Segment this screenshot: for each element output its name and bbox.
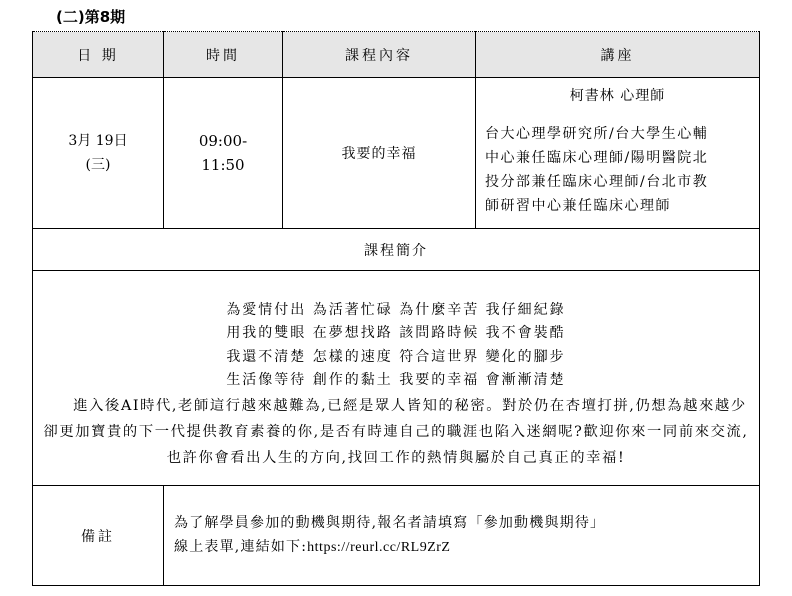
intro-body: 為愛情付出 為活著忙碌 為什麼辛苦 我仔細紀錄 用我的雙眼 在夢想找路 該問路時… [33,271,760,486]
course-table: 日 期 時間 課程內容 講座 3月 19日 (三) 09:00- 11:50 我… [32,31,760,586]
lecturer-name: 柯書林 心理師 [476,84,759,108]
intro-poem: 為愛情付出 為活著忙碌 為什麼辛苦 我仔細紀錄 用我的雙眼 在夢想找路 該問路時… [33,299,759,393]
note-link-prefix: 線上表單,連結如下: [174,539,307,555]
section-title: (二)第8期 [56,6,125,27]
course-title: 我要的幸福 [283,78,476,229]
intro-heading: 課程簡介 [33,229,760,271]
intro-body-row: 為愛情付出 為活著忙碌 為什麼辛苦 我仔細紀錄 用我的雙眼 在夢想找路 該問路時… [33,271,760,486]
intro-paragraph: 進入後AI時代,老師這行越來越難為,已經是眾人皆知的秘密。對於仍在杏壇打拼,仍想… [43,398,748,466]
lecturer-bio-line: 師研習中心兼任臨床心理師 [485,194,753,218]
session-time: 09:00- 11:50 [164,78,283,229]
header-course-content: 課程內容 [283,32,476,78]
lecturer-cell: 柯書林 心理師 台大心理學研究所/台大學生心輔 中心兼任臨床心理師/陽明醫院北 … [476,78,760,229]
header-time: 時間 [164,32,283,78]
poem-line: 為愛情付出 為活著忙碌 為什麼辛苦 我仔細紀錄 [33,299,759,323]
session-row: 3月 19日 (三) 09:00- 11:50 我要的幸福 柯書林 心理師 台大… [33,78,760,229]
poem-line: 我還不清楚 怎樣的速度 符合這世界 變化的腳步 [33,346,759,370]
note-row: 備註 為了解學員參加的動機與期待,報名者請填寫「參加動機與期待」 線上表單,連結… [33,486,760,586]
header-row: 日 期 時間 課程內容 講座 [33,32,760,78]
session-date: 3月 19日 (三) [33,78,164,229]
time-start: 09:00- [164,129,282,153]
intro-paragraph-wrap: 進入後AI時代,老師這行越來越難為,已經是眾人皆知的秘密。對於仍在杏壇打拼,仍想… [33,393,759,471]
poem-line: 生活像等待 創作的黏土 我要的幸福 會漸漸清楚 [33,369,759,393]
registration-link[interactable]: https://reurl.cc/RL9ZrZ [307,540,450,555]
poem-line: 用我的雙眼 在夢想找路 該問路時候 我不會裝酷 [33,322,759,346]
note-line-2: 線上表單,連結如下:https://reurl.cc/RL9ZrZ [174,535,759,560]
date-text: 3月 19日 [33,129,163,153]
time-end: 11:50 [164,153,282,177]
intro-heading-row: 課程簡介 [33,229,760,271]
note-line-1: 為了解學員參加的動機與期待,報名者請填寫「參加動機與期待」 [174,511,759,535]
header-lecturer: 講座 [476,32,760,78]
lecturer-bio-line: 台大心理學研究所/台大學生心輔 [485,122,753,146]
lecturer-bio: 台大心理學研究所/台大學生心輔 中心兼任臨床心理師/陽明醫院北 投分部兼任臨床心… [476,122,759,218]
weekday-text: (三) [33,153,163,177]
note-label: 備註 [33,486,164,586]
lecturer-bio-line: 投分部兼任臨床心理師/台北市教 [485,170,753,194]
header-date: 日 期 [33,32,164,78]
lecturer-bio-line: 中心兼任臨床心理師/陽明醫院北 [485,146,753,170]
note-content: 為了解學員參加的動機與期待,報名者請填寫「參加動機與期待」 線上表單,連結如下:… [164,486,760,586]
